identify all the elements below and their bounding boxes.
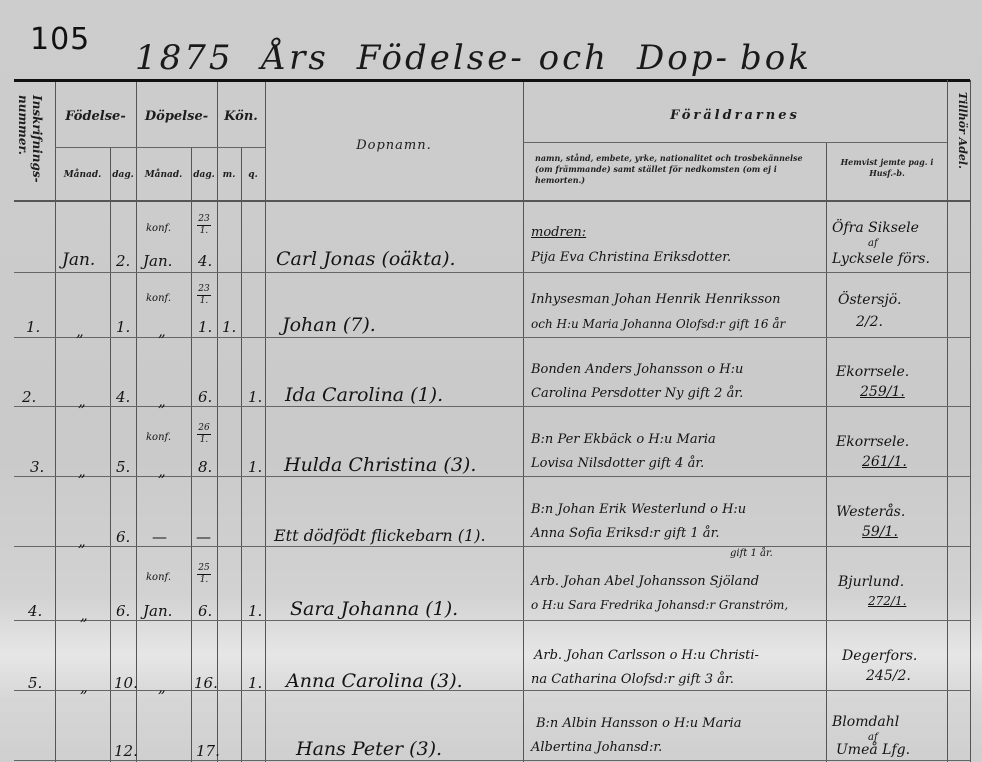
dopelse-dag: 8. [198,458,212,476]
dopelse-note: konf. [146,293,171,304]
dopelse-manad: „ [158,752,166,762]
header-kon-m: m. [217,170,241,180]
header-fodelse-dag: dag. [110,170,136,180]
grid-vline [523,82,524,762]
grid-vline [217,82,218,762]
header-kon: Kön. [217,109,265,124]
hemvist-line3: Umeå Lfg. [836,742,910,758]
parents-line2: Lovisa Nilsdotter gift 4 år. [531,456,704,471]
header-kon-q: q. [241,170,265,180]
fodelse-manad: „ [76,322,84,340]
hemvist-line1: Westerås. [836,504,905,520]
title-rule [14,79,970,82]
hemvist-line1: Degerfors. [842,648,917,664]
fodelse-dag: 10. [114,674,138,692]
parents-line1: B:n Albin Hansson o H:u Maria [536,716,741,731]
header-dopelse-manad: Månad. [136,170,191,180]
dopelse-manad: „ [158,392,166,410]
header-subdivider [523,142,947,143]
dopelse-dag: 16. [194,674,218,692]
entry-number: 4. [28,602,42,620]
header-fodelse: Födelse- [55,109,136,124]
dopelse-note-fraction: 251. [197,564,211,585]
entry-number: 1. [26,318,40,336]
grid-vline [136,82,137,762]
dopnamn: Sara Johanna (1). [290,598,458,620]
dopelse-dag: 6. [198,388,212,406]
fodelse-manad: „ [80,752,88,762]
kon-q: 1. [248,674,262,692]
hemvist-line1: Blomdahl [832,714,899,730]
dopnamn: Anna Carolina (3). [286,670,463,692]
hemvist-line2: 261/1. [862,454,907,470]
parents-line2: o H:u Sara Fredrika Johansd:r Granström, [531,598,788,612]
parents-line2: Anna Sofia Eriksd:r gift 1 år. [531,526,719,541]
hemvist-line1: Öfra Siksele [832,220,919,236]
grid-vline [947,80,948,762]
dopnamn: Ett dödfödt flickebarn (1). [274,526,486,545]
fodelse-dag: 6. [116,528,130,546]
title-bok: bok [740,38,812,78]
hemvist-line1: Bjurlund. [838,574,904,590]
hemvist-line1: Östersjö. [838,292,901,308]
grid-vline [110,148,111,762]
header-foraldrar-namn: namn, stånd, embete, yrke, nationalitet … [535,153,820,186]
title-ars: Års [262,38,329,78]
dopnamn: Johan (7). [282,314,376,336]
parents-line2: Carolina Persdotter Ny gift 2 år. [531,386,743,401]
parents-line1: Inhysesman Johan Henrik Henriksson [531,292,781,307]
parents-line2: na Catharina Olofsd:r gift 3 år. [531,672,734,687]
dopnamn: Hans Peter (3). [296,738,442,760]
parents-line2: Pija Eva Christina Eriksdotter. [531,250,731,265]
parents-line2: och H:u Maria Johanna Olofsd:r gift 16 å… [531,317,785,331]
dopnamn: Hulda Christina (3). [284,454,476,476]
page-number: 105 [30,22,90,57]
fodelse-dag: 12. [114,742,138,760]
dopelse-note: konf. [146,223,171,234]
dopnamn: Carl Jonas (oäkta). [276,248,456,270]
book-title: 1875ÅrsFödelse- ochDop-bok [135,38,840,78]
dopelse-dag: 4. [198,252,212,270]
dopelse-dag: 17. [196,742,220,760]
entry-number: 3. [30,458,44,476]
row-rule [14,620,970,621]
dopelse-manad: Jan. [143,602,172,620]
hemvist-line2: 272/1. [868,594,906,608]
dopelse-manad: „ [158,322,166,340]
kon-q: 1. [248,388,262,406]
hemvist-line2: af [868,238,878,249]
kon-m: 1. [222,318,236,336]
kon-q: 1. [248,602,262,620]
fodelse-manad: „ [78,392,86,410]
fodelse-dag: 2. [116,252,130,270]
parents-line1: B:n Per Ekbäck o H:u Maria [531,432,716,447]
hemvist-line2: 245/2. [866,668,911,684]
entry-number: 2. [22,388,36,406]
grid-vline [970,80,971,762]
title-year: 1875 [135,38,234,78]
grid-vline [191,148,192,762]
grid-vline [241,148,242,762]
header-foraldrarnes: Föräldrarnes [523,108,947,123]
parents-line2: Albertina Johansd:r. [531,740,662,755]
dopnamn: Ida Carolina (1). [285,384,443,406]
header-inskrifnings-nummer: Inskrifnings-nummer. [14,95,44,195]
fodelse-dag: 5. [116,458,130,476]
fodelse-manad: „ [80,678,88,696]
entry-number: 5. [28,674,42,692]
register-page: 105 1875ÅrsFödelse- ochDop-bok Inskrifni… [0,0,982,762]
hemvist-line2: 59/1. [862,524,898,540]
header-dopelse-dag: dag. [191,170,217,180]
dopelse-dag: 6. [198,602,212,620]
title-dop: Dop- [637,38,730,78]
grid-vline [265,82,266,762]
row-rule [14,546,970,547]
fodelse-manad: „ [80,606,88,624]
dopelse-note: konf. [146,432,171,443]
row-rule [14,272,970,273]
header-hemvist: Hemvist jemte pag. i Husf.-b. [830,157,944,179]
dopelse-note-fraction: 231. [197,215,211,236]
kon-q: 1. [248,458,262,476]
parents-line1: Arb. Johan Abel Johansson Sjöland [531,574,759,589]
hemvist-line2: 259/1. [860,384,905,400]
hemvist-line2: 2/2. [856,314,883,330]
parents-line1: B:n Johan Erik Westerlund o H:u [531,502,746,517]
parents-line1: Arb. Johan Carlsson o H:u Christi- [534,648,759,663]
hemvist-line1: Ekorrsele. [836,364,909,380]
header-dopnamn: Dopnamn. [265,138,523,153]
grid-vline [826,143,827,762]
dopelse-note-fraction: 231. [197,285,211,306]
hemvist-line3: Lycksele förs. [832,251,930,267]
fodelse-dag: 4. [116,388,130,406]
dopelse-dag: — [196,528,211,546]
fodelse-dag: 6. [116,602,130,620]
header-subdivider [55,147,265,148]
dopelse-note-fraction: 261. [197,424,211,445]
parents-line1: Bonden Anders Johansson o H:u [531,362,743,377]
header-bottom-rule [14,200,970,202]
dopelse-dag: 1. [198,318,212,336]
header-dopelse: Döpelse- [136,109,217,124]
parents-annotation: gift 1 år. [730,548,773,559]
header-fodelse-manad: Månad. [55,170,110,180]
title-fodelse-och: Födelse- och [357,38,609,78]
grid-vline [55,82,56,762]
dopelse-note: konf. [146,572,171,583]
fodelse-dag: 1. [116,318,130,336]
dopelse-manad: Jan. [143,252,172,270]
fodelse-manad: „ [78,532,86,550]
header-tillhor-adel: Tillhör Adel. [951,92,969,192]
dopelse-manad: — [152,528,167,546]
fodelse-manad: Jan. [62,250,95,270]
fodelse-manad: „ [78,462,86,480]
hemvist-line1: Ekorrsele. [836,434,909,450]
dopelse-manad: „ [158,678,166,696]
dopelse-manad: „ [158,462,166,480]
parents-line1: modren: [531,225,586,240]
